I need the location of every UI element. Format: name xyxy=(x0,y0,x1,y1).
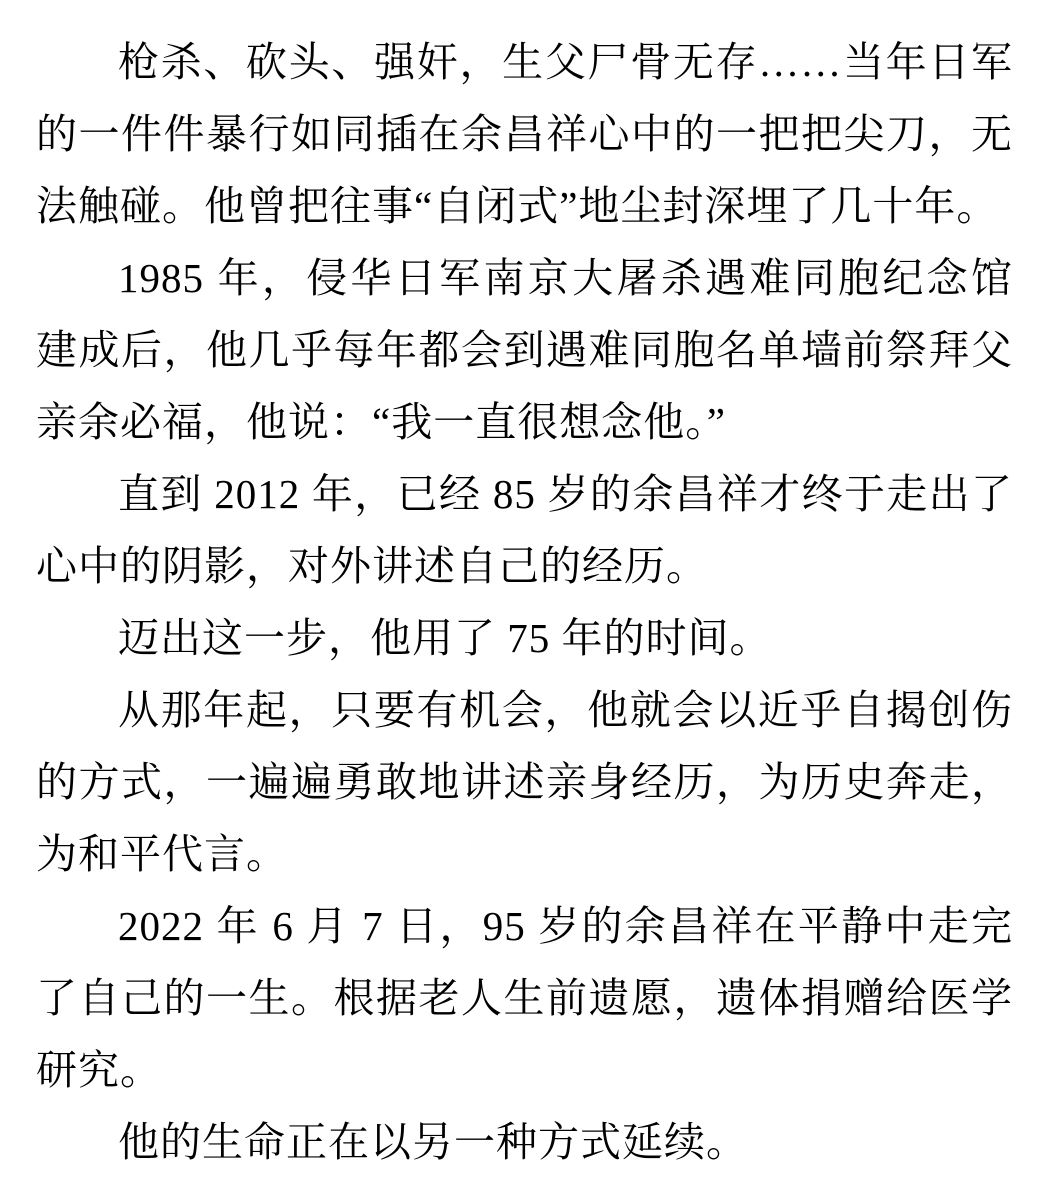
document-page: 枪杀、砍头、强奸，生父尸骨无存……当年日军的一件件暴行如同插在余昌祥心中的一把把… xyxy=(0,0,1041,1202)
paragraph: 从那年起，只要有机会，他就会以近乎自揭创伤的方式，一遍遍勇敢地讲述亲身经历，为历… xyxy=(36,674,1013,890)
paragraph: 迈出这一步，他用了 75 年的时间。 xyxy=(36,602,1013,674)
paragraph: 1985 年，侵华日军南京大屠杀遇难同胞纪念馆建成后，他几乎每年都会到遇难同胞名… xyxy=(36,242,1013,458)
paragraph: 2022 年 6 月 7 日，95 岁的余昌祥在平静中走完了自己的一生。根据老人… xyxy=(36,890,1013,1106)
paragraph: 直到 2012 年，已经 85 岁的余昌祥才终于走出了心中的阴影，对外讲述自己的… xyxy=(36,458,1013,602)
paragraph: 枪杀、砍头、强奸，生父尸骨无存……当年日军的一件件暴行如同插在余昌祥心中的一把把… xyxy=(36,26,1013,242)
paragraph: 他的生命正在以另一种方式延续。 xyxy=(36,1106,1013,1178)
article-body: 枪杀、砍头、强奸，生父尸骨无存……当年日军的一件件暴行如同插在余昌祥心中的一把把… xyxy=(36,26,1013,1178)
